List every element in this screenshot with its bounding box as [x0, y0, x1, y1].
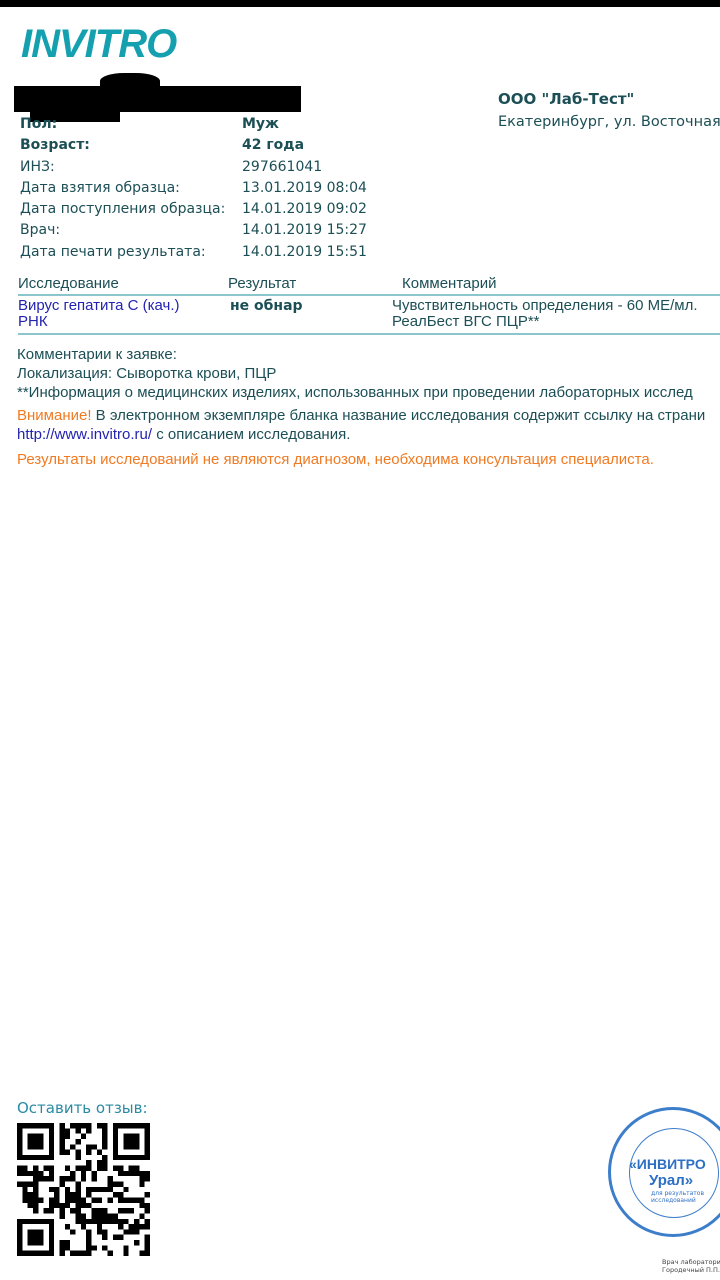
info-row: Возраст:42 года — [20, 135, 367, 156]
table-row: Вирус гепатита С (кач.) РНК не обнар Чув… — [18, 296, 720, 335]
header-comment: Комментарий — [390, 275, 720, 294]
lab-stamp: «ИНВИТРО Урал» для результатов исследова… — [608, 1107, 720, 1237]
signer: Врач лаборатори Городечный П.П. — [662, 1258, 720, 1274]
info-value: 14.01.2019 09:02 — [242, 199, 367, 220]
footnote: **Информация о медицинских изделиях, исп… — [17, 383, 693, 402]
header-study: Исследование — [18, 275, 228, 294]
result-value: не обнар — [228, 298, 392, 333]
info-label: Врач: — [20, 220, 242, 241]
top-bar — [0, 0, 720, 7]
warning-text: В электронном экземпляре бланка название… — [92, 407, 706, 424]
disclaimer: Результаты исследований не являются диаг… — [17, 451, 654, 468]
info-row: ИНЗ:297661041 — [20, 157, 367, 178]
info-label: Дата взятия образца: — [20, 178, 242, 199]
info-label: Пол: — [20, 114, 242, 135]
invitro-link[interactable]: http://www.invitro.ru/ — [17, 426, 152, 443]
info-label: ИНЗ: — [20, 157, 242, 178]
info-label: Дата поступления образца: — [20, 199, 242, 220]
table-header: Исследование Результат Комментарий — [18, 275, 720, 296]
redacted-name-part — [100, 73, 160, 93]
info-row: Дата печати результата:14.01.2019 15:51 — [20, 242, 367, 263]
results-table: Исследование Результат Комментарий Вирус… — [18, 275, 720, 335]
stamp-title: «ИНВИТРО — [629, 1156, 706, 1172]
info-value: 297661041 — [242, 157, 322, 178]
feedback-label: Оставить отзыв: — [17, 1099, 148, 1117]
info-value: 13.01.2019 08:04 — [242, 178, 367, 199]
qr-code[interactable] — [17, 1123, 150, 1256]
comments-title: Комментарии к заявке: — [17, 345, 693, 364]
lab-name: ООО "Лаб-Тест" — [498, 90, 634, 108]
warning-text2: с описанием исследования. — [152, 426, 350, 443]
info-row: Пол:Муж — [20, 114, 367, 135]
lab-address: Екатеринбург, ул. Восточная, д — [498, 114, 720, 130]
warning-prefix: Внимание! — [17, 407, 92, 424]
info-value: 14.01.2019 15:27 — [242, 220, 367, 241]
info-value: Муж — [242, 114, 279, 135]
info-value: 42 года — [242, 135, 304, 156]
info-label: Дата печати результата: — [20, 242, 242, 263]
result-comment: Чувствительность определения - 60 МЕ/мл.… — [392, 298, 720, 333]
info-row: Дата взятия образца:13.01.2019 08:04 — [20, 178, 367, 199]
warning-block: Внимание! В электронном экземпляре бланк… — [17, 406, 705, 444]
info-label: Возраст: — [20, 135, 242, 156]
stamp-small-text: для результатов исследований — [651, 1190, 704, 1204]
order-comments: Комментарии к заявке: Локализация: Сывор… — [17, 345, 693, 402]
info-row: Дата поступления образца:14.01.2019 09:0… — [20, 199, 367, 220]
info-row: Врач:14.01.2019 15:27 — [20, 220, 367, 241]
info-value: 14.01.2019 15:51 — [242, 242, 367, 263]
localization: Локализация: Сыворотка крови, ПЦР — [17, 364, 693, 383]
stamp-subtitle: Урал» — [649, 1172, 693, 1189]
invitro-logo: INVITRO — [21, 22, 176, 67]
header-result: Результат — [228, 275, 390, 294]
patient-info: Пол:МужВозраст:42 годаИНЗ:297661041Дата … — [20, 114, 367, 263]
study-link[interactable]: Вирус гепатита С (кач.) РНК — [18, 298, 228, 333]
